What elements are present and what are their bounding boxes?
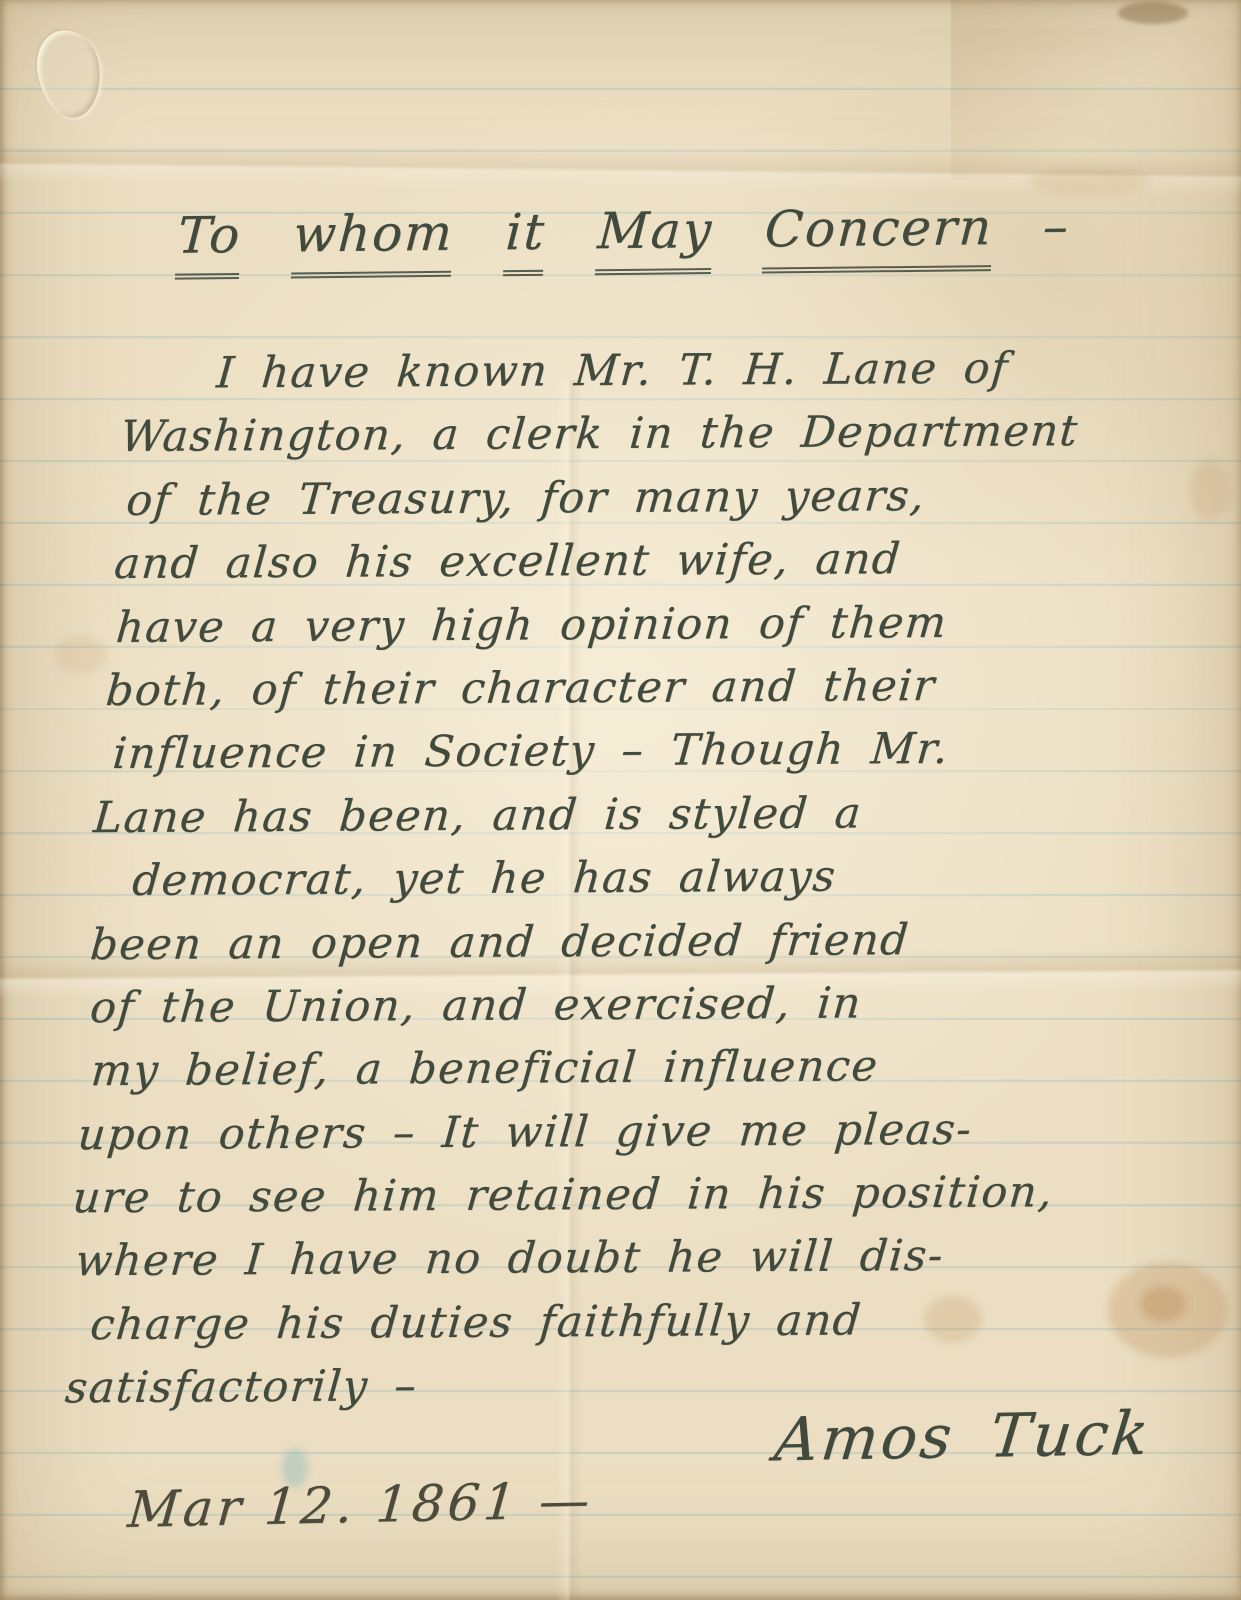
- handwritten-line: both, of their character and their: [13, 659, 1228, 730]
- heading-word: Concern: [762, 198, 995, 273]
- handwritten-line: influence in Society – Though Mr.: [8, 723, 1223, 794]
- handwritten-line: been an open and decided friend: [0, 913, 1207, 984]
- handwritten-line: Washington, a clerk in the Department: [34, 405, 1241, 476]
- stain: [1118, 2, 1188, 24]
- handwritten-line: democrat, yet he has always: [0, 849, 1213, 920]
- heading-dash: –: [1041, 197, 1071, 255]
- letter-heading: To whom it May Concern –: [0, 195, 1241, 281]
- handwritten-line: charge his duties faithfully and: [0, 1293, 1176, 1364]
- signature: Amos Tuck: [771, 1399, 1154, 1476]
- handwritten-line: where I have no doubt he will dis-: [0, 1230, 1182, 1301]
- heading-word: May: [595, 201, 715, 275]
- handwritten-line: have a very high opinion of them: [18, 596, 1233, 667]
- heading-word: To: [175, 206, 243, 280]
- paper-crease: [0, 144, 1241, 197]
- letter-body: I have known Mr. T. H. Lane of Washingto…: [0, 342, 1241, 1428]
- date-line: Mar 12. 1861 —: [126, 1471, 596, 1539]
- handwritten-line: and also his excellent wife, and: [23, 532, 1238, 603]
- heading-word: it: [503, 203, 547, 276]
- stain: [1030, 168, 1150, 194]
- handwritten-line: Lane has been, and is styled a: [3, 786, 1218, 857]
- embossed-seal: [32, 26, 106, 122]
- handwritten-line: upon others – It will give me pleas-: [0, 1103, 1192, 1174]
- handwritten-line: my belief, a beneficial influence: [0, 1040, 1197, 1111]
- handwritten-line: of the Union, and exercised, in: [0, 976, 1202, 1047]
- handwritten-line: I have known Mr. T. H. Lane of: [39, 342, 1241, 413]
- heading-word: whom: [291, 204, 456, 279]
- handwritten-line: of the Treasury, for many years,: [28, 469, 1241, 540]
- handwritten-line: ure to see him retained in his position,: [0, 1167, 1187, 1238]
- paper-crease: [951, 0, 1241, 180]
- letter-page: To whom it May Concern – I have known Mr…: [0, 0, 1241, 1600]
